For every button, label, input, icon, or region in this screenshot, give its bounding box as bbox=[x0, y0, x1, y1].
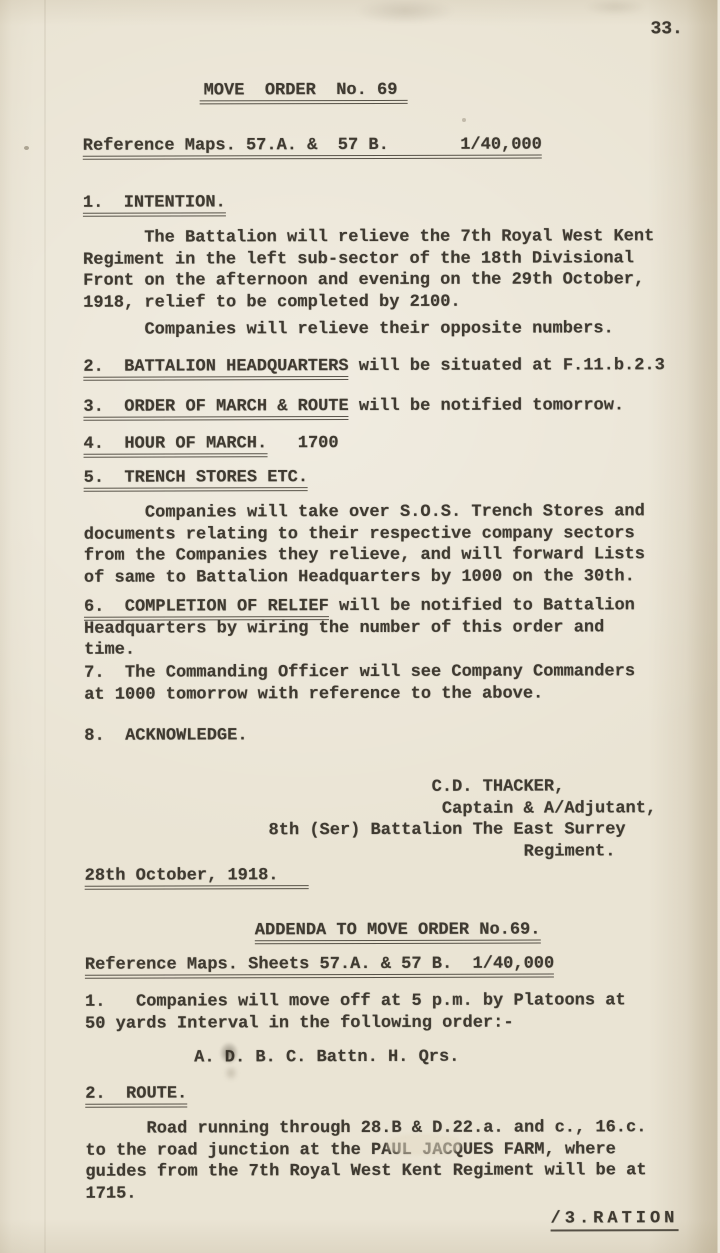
date-text: 28th October, 1918. bbox=[85, 866, 309, 890]
move-order-reference: Reference Maps. 57.A. & 57 B. 1/40,000 bbox=[83, 135, 542, 158]
trench-stores-paragraph: Companies will take over S.O.S. Trench S… bbox=[84, 501, 645, 588]
intention-paragraph: The Battalion will relieve the 7th Royal… bbox=[83, 226, 655, 313]
order-of-march-label: 3. ORDER OF MARCH & ROUTE bbox=[83, 397, 348, 421]
move-order-title-text: MOVE ORDER No. 69 bbox=[200, 81, 408, 105]
route-paragraph: Road running through 28.B & D.22.a. and … bbox=[85, 1117, 646, 1204]
ration-footer-text: /3.RATION bbox=[551, 1209, 679, 1231]
route-heading-text: 2. ROUTE. bbox=[85, 1084, 187, 1107]
completion-of-relief-label: 6. COMPLETION OF RELIEF bbox=[84, 597, 329, 621]
commanding-officer-paragraph: 7. The Commanding Officer will see Compa… bbox=[84, 661, 635, 705]
addenda-title: ADDENDA TO MOVE ORDER No.69. bbox=[255, 920, 541, 942]
scanned-document: 33. MOVE ORDER No. 69 Reference Maps. 57… bbox=[0, 0, 720, 1253]
hour-of-march-line: 4. HOUR OF MARCH. 1700 bbox=[83, 433, 338, 455]
hour-of-march-value: 1700 bbox=[267, 434, 338, 453]
addenda-title-text: ADDENDA TO MOVE ORDER No.69. bbox=[255, 921, 541, 945]
order-of-march-text: will be notified tomorrow. bbox=[349, 396, 625, 416]
addenda-move-off-paragraph: 1. Companies will move off at 5 p.m. by … bbox=[85, 990, 626, 1034]
signature-block: C.D. THACKER, Captain & A/Adjutant, 8th … bbox=[268, 776, 656, 863]
battalion-hq-line: 2. BATTALION HEADQUARTERS will be situat… bbox=[83, 355, 665, 378]
section-intention-heading: 1. INTENTION. bbox=[83, 192, 226, 214]
addenda-reference-text: Reference Maps. Sheets 57.A. & 57 B. 1/4… bbox=[85, 954, 554, 978]
acknowledge-line: 8. ACKNOWLEDGE. bbox=[84, 725, 247, 747]
move-order-reference-text: Reference Maps. 57.A. & 57 B. 1/40,000 bbox=[83, 136, 542, 160]
march-order-line: A. D. B. C. Battn. H. Qrs. bbox=[194, 1047, 459, 1069]
trench-stores-heading: 5. TRENCH STORES ETC. bbox=[84, 467, 308, 489]
move-order-title: MOVE ORDER No. 69 bbox=[200, 80, 408, 102]
order-of-march-line: 3. ORDER OF MARCH & ROUTE will be notifi… bbox=[83, 395, 624, 418]
battalion-hq-text: will be situated at F.11.b.2.3 bbox=[349, 356, 665, 376]
section-intention-heading-text: 1. INTENTION. bbox=[83, 193, 226, 216]
page-number: 33. bbox=[650, 19, 682, 41]
ration-footer: /3.RATION bbox=[551, 1208, 679, 1230]
companies-relieve-line: Companies will relieve their opposite nu… bbox=[83, 318, 614, 341]
hour-of-march-label: 4. HOUR OF MARCH. bbox=[83, 434, 267, 457]
battalion-hq-label: 2. BATTALION HEADQUARTERS bbox=[83, 357, 348, 381]
addenda-reference: Reference Maps. Sheets 57.A. & 57 B. 1/4… bbox=[85, 953, 554, 976]
date-line: 28th October, 1918. bbox=[85, 865, 309, 887]
document-content: 33. MOVE ORDER No. 69 Reference Maps. 57… bbox=[0, 0, 720, 1253]
route-heading: 2. ROUTE. bbox=[85, 1083, 187, 1105]
completion-of-relief-paragraph: 6. COMPLETION OF RELIEF will be notified… bbox=[84, 595, 635, 661]
trench-stores-heading-text: 5. TRENCH STORES ETC. bbox=[84, 468, 308, 492]
